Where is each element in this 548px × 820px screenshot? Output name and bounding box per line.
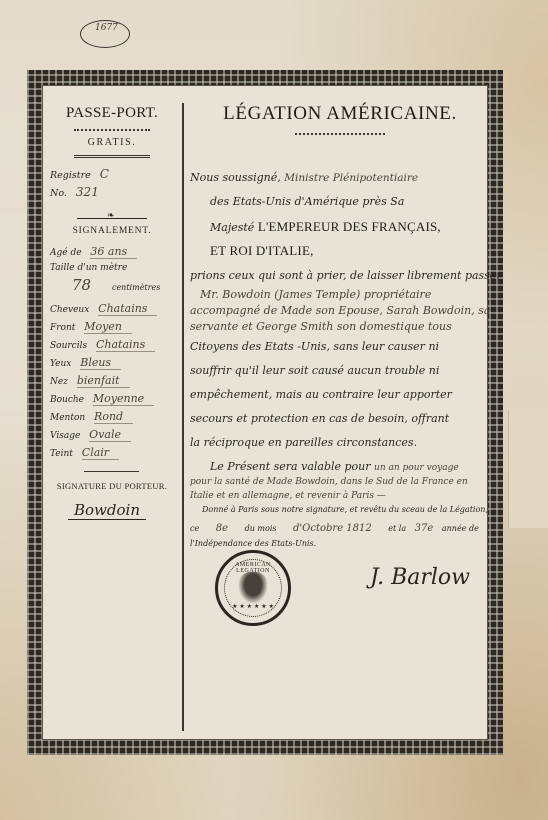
- dotted-rule: [74, 129, 150, 131]
- legation-seal: AMERICAN LEGATION ★ ★ ★ ★ ★ ★: [215, 550, 291, 626]
- archive-stamp: 1677: [80, 20, 130, 48]
- column-divider: [182, 103, 184, 731]
- text-line-6: Mr. Bowdoin (James Temple) propriétaire: [200, 288, 500, 301]
- text-line-10: souffrir qu'il leur soit causé aucun tro…: [190, 364, 490, 377]
- number-value: 321: [76, 185, 99, 199]
- gratis-label: GRATIS.: [42, 137, 182, 148]
- double-rule: [74, 155, 150, 158]
- archive-number: 1677: [95, 23, 118, 33]
- text-line-19: l'Indépendance des Etats-Unis.: [190, 539, 490, 548]
- signature-heading: SIGNATURE DU PORTEUR.: [42, 481, 182, 491]
- legation-title: LÉGATION AMÉRICAINE.: [190, 103, 490, 125]
- text-line-18: ce 8e du mois d'Octobre 1812 et la 37e a…: [190, 523, 490, 534]
- registre-value: C: [100, 167, 109, 181]
- field-centimetres: 78 centimètres: [72, 276, 160, 294]
- field-sourcils: Sourcils Chatains: [50, 338, 155, 351]
- rule: [84, 471, 139, 472]
- ornament-rule: ❧: [77, 216, 147, 222]
- registre-line: Registre C: [50, 167, 109, 181]
- field-age: Agé de 36 ans: [50, 245, 137, 258]
- field-taille: Taille d'un mètre: [50, 263, 127, 273]
- text-line-4: ET ROI D'ITALIE,: [210, 243, 510, 259]
- eagle-icon: [238, 572, 268, 604]
- stars-icon: ★ ★ ★ ★ ★ ★: [218, 603, 288, 610]
- paper-fold-tab: [508, 410, 548, 528]
- number-line: No. 321: [50, 185, 99, 199]
- text-line-15: pour la santé de Made Bowdoin, dans le S…: [190, 477, 490, 487]
- passport-body: PASSE-PORT. GRATIS. Registre C No. 321 ❧…: [42, 85, 488, 740]
- field-menton: Menton Rond: [50, 410, 133, 423]
- text-line-16: Italie et en allemagne, et revenir à Par…: [190, 491, 490, 501]
- text-line-5: prions ceux qui sont à prier, de laisser…: [190, 269, 490, 282]
- text-line-17: Donné à Paris sous notre signature, et r…: [202, 505, 502, 514]
- text-line-7: accompagné de Made son Epouse, Sarah Bow…: [190, 304, 490, 317]
- text-line-12: secours et protection en cas de besoin, …: [190, 412, 490, 425]
- signalement-heading: SIGNALEMENT.: [42, 226, 182, 236]
- field-yeux: Yeux Bleus: [50, 356, 121, 369]
- field-front: Front Moyen: [50, 320, 132, 333]
- text-line-2: des Etats-Unis d'Amérique près Sa: [210, 195, 510, 208]
- text-line-13: la réciproque en pareilles circonstances…: [190, 436, 490, 449]
- text-line-8: servante et George Smith son domestique …: [190, 320, 490, 333]
- text-line-14: Le Présent sera valable pour un an pour …: [210, 460, 510, 473]
- field-cheveux: Cheveux Chatains: [50, 302, 157, 315]
- bearer-signature: Bowdoin: [68, 501, 146, 520]
- field-visage: Visage Ovale: [50, 428, 131, 441]
- text-line-1: Nous soussigné, Ministre Plénipotentiair…: [190, 171, 490, 184]
- text-line-9: Citoyens des Etats -Unis, sans leur caus…: [190, 340, 490, 353]
- field-bouche: Bouche Moyenne: [50, 392, 154, 405]
- fleuron-icon: ❧: [107, 211, 115, 221]
- dotted-rule: [295, 133, 385, 135]
- text-line-3: Majesté L'EMPEREUR DES FRANÇAIS,: [210, 219, 510, 235]
- field-nez: Nez bienfait: [50, 374, 130, 387]
- field-teint: Teint Clair: [50, 446, 119, 459]
- registre-label: Registre: [50, 170, 91, 181]
- text-line-11: empêchement, mais au contraire leur appo…: [190, 388, 490, 401]
- minister-signature: J. Barlow: [370, 565, 470, 590]
- number-label: No.: [50, 188, 67, 199]
- passport-title: PASSE-PORT.: [42, 105, 182, 122]
